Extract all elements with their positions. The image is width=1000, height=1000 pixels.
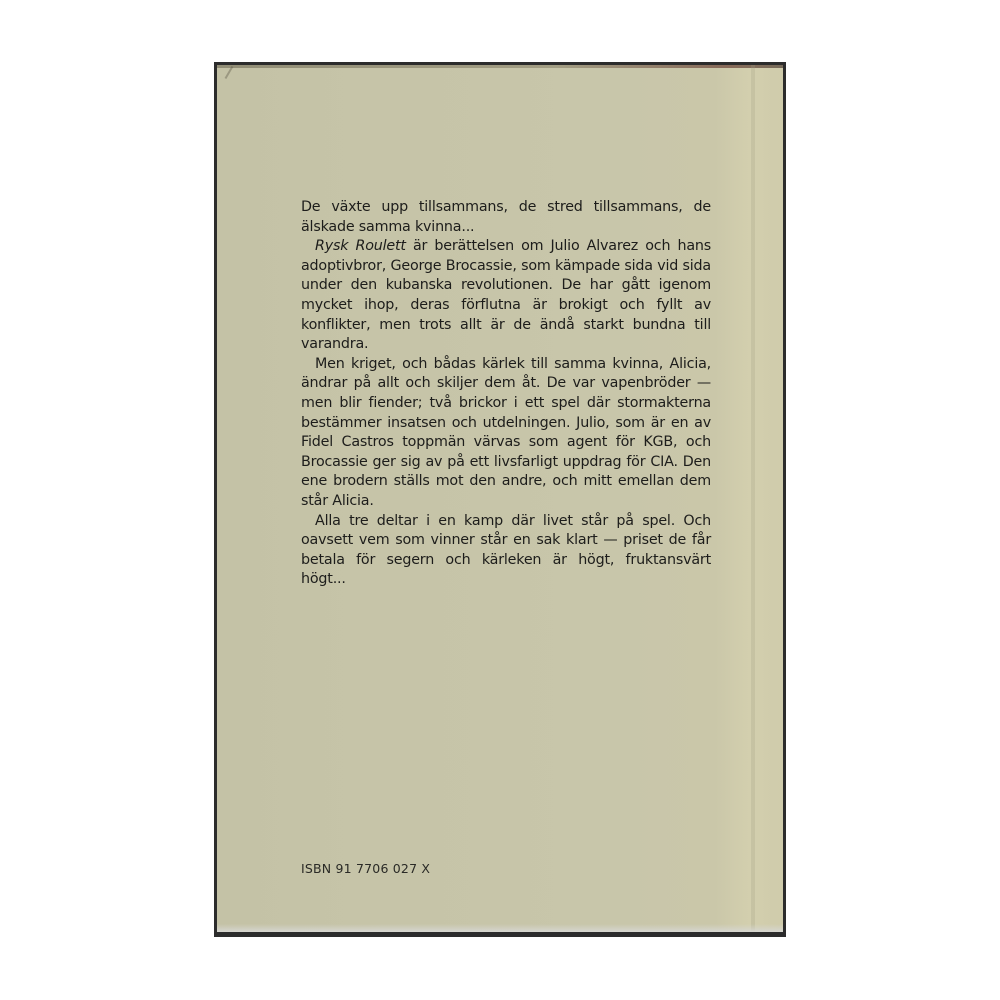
blurb-text: Alla tre deltar i en kamp där livet står… xyxy=(301,513,711,588)
blurb-text: Men kriget, och bådas kärlek till samma … xyxy=(301,356,711,509)
blurb-text: är berättelsen om Julio Alvarez och hans… xyxy=(301,238,711,352)
isbn-number: ISBN 91 7706 027 X xyxy=(301,861,430,876)
blurb-paragraph-3: Men kriget, och bådas kärlek till samma … xyxy=(301,355,711,512)
cover-blurb: De växte upp tillsammans, de stred tills… xyxy=(301,198,711,590)
spine-shade xyxy=(751,65,755,932)
book-title-italic: Rysk Roulett xyxy=(315,238,406,254)
book-back-cover: De växte upp tillsammans, de stred tills… xyxy=(214,62,786,937)
blurb-text: De växte upp tillsammans, de stred tills… xyxy=(301,199,711,235)
blurb-paragraph-4: Alla tre deltar i en kamp där livet står… xyxy=(301,512,711,590)
corner-crease xyxy=(225,66,246,86)
blurb-paragraph-1: De växte upp tillsammans, de stred tills… xyxy=(301,198,711,237)
blurb-paragraph-2: Rysk Roulett är berättelsen om Julio Alv… xyxy=(301,237,711,355)
